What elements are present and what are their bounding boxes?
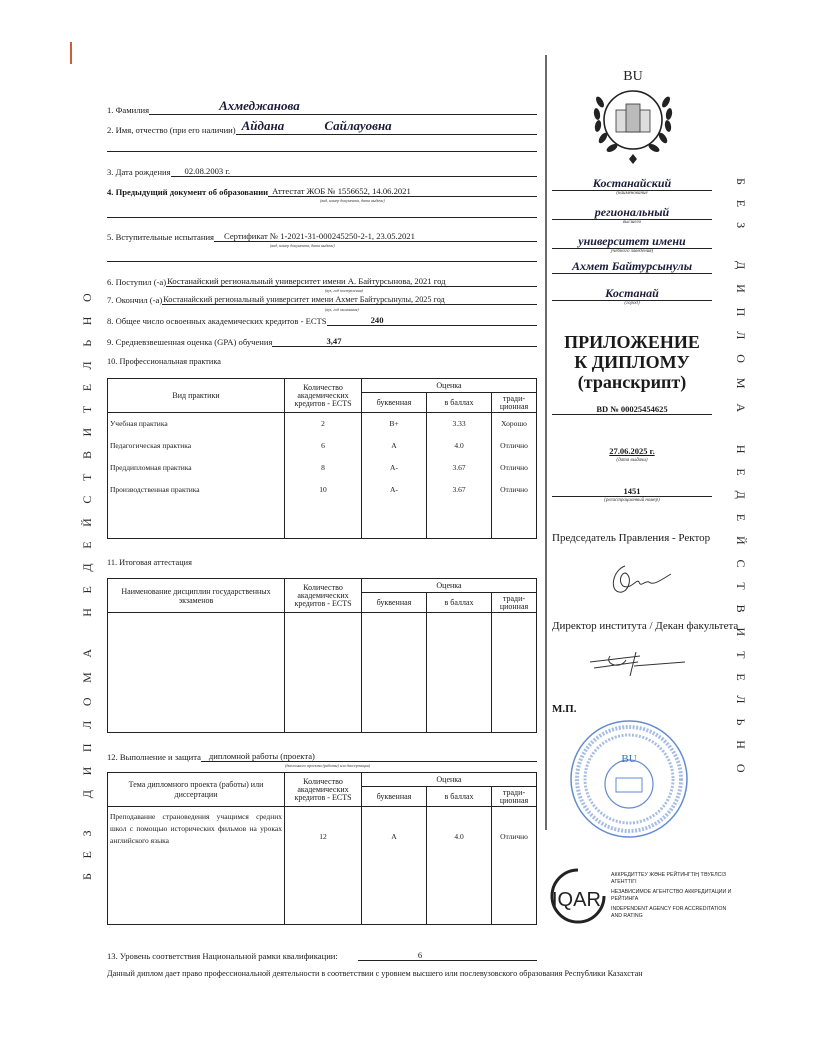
enrolled-field: 6. Поступил (-а) Костанайский региональн… [107,276,537,287]
col-points: в баллах [427,787,492,807]
first-name-value: Айдана [242,118,285,133]
col-practice-name: Вид практики [108,379,285,413]
thesis-hint: (дипломного проекта (работы) или диссерт… [285,763,370,768]
credits-field: 8. Общее число освоенных академических к… [107,315,537,326]
cell-credits: 2 [285,413,362,435]
entrance-exams-field: 5. Вступительные испытания Сертификат № … [107,231,537,242]
cell-points: 3.67 [427,457,492,479]
surname-field: 1. Фамилия Ахмеджанова [107,98,537,115]
enrolled-label: 6. Поступил (-а) [107,277,166,287]
name-field: 2. Имя, отчество (при его наличии) Айдан… [107,118,537,135]
col-points: в баллах [427,393,492,413]
graduated-label: 7. Окончил (-а) [107,295,162,305]
cell-letter: A- [362,479,427,501]
previous-education-label: 4. Предыдущий документ об образовании [107,187,268,197]
name-label: 2. Имя, отчество (при его наличии) [107,125,236,135]
col-exam-name: Наименование дисциплин государственных э… [108,579,285,613]
credits-value: 240 [371,315,384,325]
thesis-value: дипломной работы (проекта) [209,751,315,761]
table-row: Преддипломная практика8A-3.67Отлично [108,457,537,479]
col-traditional: тради-ционная [492,787,537,807]
university-logo: BU [588,62,678,166]
table-row: Педагогическая практика6A4.0Отлично [108,435,537,457]
gpa-field: 9. Средневзвешенная оценка (GPA) обучени… [107,336,537,347]
cell-traditional: Отлично [492,479,537,501]
city: Костанай [552,286,712,301]
practice-section-title: 10. Профессиональная практика [107,357,221,366]
cell-letter: A- [362,457,427,479]
empty-row [108,867,537,925]
university-seal: BU [568,718,690,840]
final-attestation-table: Наименование дисциплин государственных э… [107,578,537,733]
blank-line [107,261,537,262]
col-letter: буквенная [362,593,427,613]
rector-signature [605,560,675,600]
table-row: Учебная практика2B+3.33Хорошо [108,413,537,435]
patronymic-value: Сайлауовна [324,118,391,133]
cell-credits: 10 [285,479,362,501]
previous-education-value: Аттестат ЖОБ № 1556652, 14.06.2021 [272,186,411,196]
previous-education-hint: (вид, номер документа, дата выдачи) [320,198,385,203]
cell-name: Производственная практика [108,479,285,501]
col-credits: Количество академических кредитов - ECTS [285,773,362,807]
enrolled-hint: (вуз, год поступления) [325,288,363,293]
agency-en: INDEPENDENT AGENCY FOR ACCREDITATION AND… [611,906,736,920]
cell-letter: A [362,435,427,457]
col-grade: Оценка [362,579,537,593]
col-letter: буквенная [362,787,427,807]
transcript-number: BD № 00025454625 [552,404,712,415]
agency-ru: НЕЗАВИСИМОЕ АГЕНТСТВО АККРЕДИТАЦИИ И РЕЙ… [611,889,736,903]
empty-row [108,613,537,733]
side-text-left: БЕЗ ДИПЛОМА НЕДЕЙСТВИТЕЛЬНО [80,279,95,880]
graduated-value: Костанайский региональный университет им… [163,295,445,304]
table-row: Производственная практика10A-3.67Отлично [108,479,537,501]
svg-text:BU: BU [623,69,642,84]
entrance-exams-hint: (вид, номер документа, дата выдачи) [270,243,335,248]
cell-credits: 12 [285,807,362,867]
enrolled-value: Костанайский региональный университет им… [167,276,445,286]
issue-date: 27.06.2025 г. [552,446,712,456]
chair-title: Председатель Правления - Ректор [552,532,742,545]
surname-value: Ахмеджанова [219,98,300,113]
director-signature [580,648,690,678]
col-thesis-topic: Тема дипломного проекта (работы) или дис… [108,773,285,807]
svg-text:BU: BU [621,753,636,765]
empty-row [108,501,537,539]
cell-points: 3.67 [427,479,492,501]
col-traditional: тради-ционная [492,393,537,413]
director-title: Директор института / Декан факультета [552,620,742,633]
seal-label: М.П. [552,703,576,716]
institution-line-4: Ахмет Байтурсынулы [552,259,712,274]
qualification-value: 6 [418,950,422,960]
cell-letter: A [362,807,427,867]
col-grade: Оценка [362,379,537,393]
birth-date-value: 02.08.2003 г. [185,166,231,176]
col-traditional: тради-ционная [492,593,537,613]
cell-traditional: Отлично [492,435,537,457]
birth-date-field: 3. Дата рождения 02.08.2003 г. [107,166,537,177]
column-divider [545,55,547,830]
credits-label: 8. Общее число освоенных академических к… [107,316,327,326]
final-attestation-title: 11. Итоговая аттестация [107,558,192,567]
issue-date-hint: (дата выдачи) [552,458,712,464]
thesis-table: Тема дипломного проекта (работы) или дис… [107,772,537,925]
col-credits: Количество академических кредитов - ECTS [285,579,362,613]
scan-edge-mark [70,42,72,64]
institution-block: Костанайский (наименование региональный … [552,176,712,307]
iqar-logo: IQAR [548,866,608,924]
col-points: в баллах [427,593,492,613]
cell-name: Учебная практика [108,413,285,435]
graduated-field: 7. Окончил (-а) Костанайский региональны… [107,295,537,305]
agency-text: АККРЕДИТТЕУ ЖӘНЕ РЕЙТИНГТІҢ ТӘУЕЛСІЗ АГЕ… [611,872,736,920]
registration-number: 1451 [552,486,712,497]
gpa-label: 9. Средневзвешенная оценка (GPA) обучени… [107,337,272,347]
agency-kz: АККРЕДИТТЕУ ЖӘНЕ РЕЙТИНГТІҢ ТӘУЕЛСІЗ АГЕ… [611,872,736,886]
birth-date-label: 3. Дата рождения [107,167,171,177]
gpa-value: 3,47 [326,336,341,346]
institution-line-2: региональный [552,205,712,220]
col-letter: буквенная [362,393,427,413]
graduated-hint: (вуз, год окончания) [325,307,359,312]
qualification-label: 13. Уровень соответствия Национальной ра… [107,951,338,961]
cell-credits: 8 [285,457,362,479]
previous-education-field: 4. Предыдущий документ об образовании Ат… [107,186,537,197]
cell-points: 3.33 [427,413,492,435]
cell-credits: 6 [285,435,362,457]
col-grade: Оценка [362,773,537,787]
col-credits: Количество академических кредитов - ECTS [285,379,362,413]
side-text-right: БЕЗ ДИПЛОМА НЕДЕЙСТВИТЕЛЬНО [733,178,748,787]
blank-line [107,217,537,218]
cell-points: 4.0 [427,807,492,867]
cell-name: Преддипломная практика [108,457,285,479]
thesis-label: 12. Выполнение и защита [107,752,201,762]
cell-traditional: Хорошо [492,413,537,435]
entrance-exams-label: 5. Вступительные испытания [107,232,214,242]
practice-table: Вид практики Количество академических кр… [107,378,537,539]
cell-traditional: Отлично [492,807,537,867]
thesis-field: 12. Выполнение и защита дипломной работы… [107,751,537,762]
cell-letter: B+ [362,413,427,435]
registration-number-hint: (регистрационный номер) [552,498,712,504]
cell-traditional: Отлично [492,457,537,479]
qualification-field: 13. Уровень соответствия Национальной ра… [107,950,537,961]
entrance-exams-value: Сертификат № 1-2021-31-000245250-2-1, 23… [224,231,415,241]
transcript-title: ПРИЛОЖЕНИЕ К ДИПЛОМУ (транскрипт) [552,332,712,392]
svg-text:IQAR: IQAR [552,889,601,911]
institution-line-3: университет имени [552,234,712,249]
blank-line [107,151,537,152]
cell-name: Педагогическая практика [108,435,285,457]
cell-points: 4.0 [427,435,492,457]
surname-label: 1. Фамилия [107,105,149,115]
table-row: Преподавание страноведения учащимся сред… [108,807,537,867]
rights-note: Данный диплом дает право профессионально… [107,966,747,981]
cell-name: Преподавание страноведения учащимся сред… [108,807,285,867]
institution-line-1: Костанайский [552,176,712,191]
